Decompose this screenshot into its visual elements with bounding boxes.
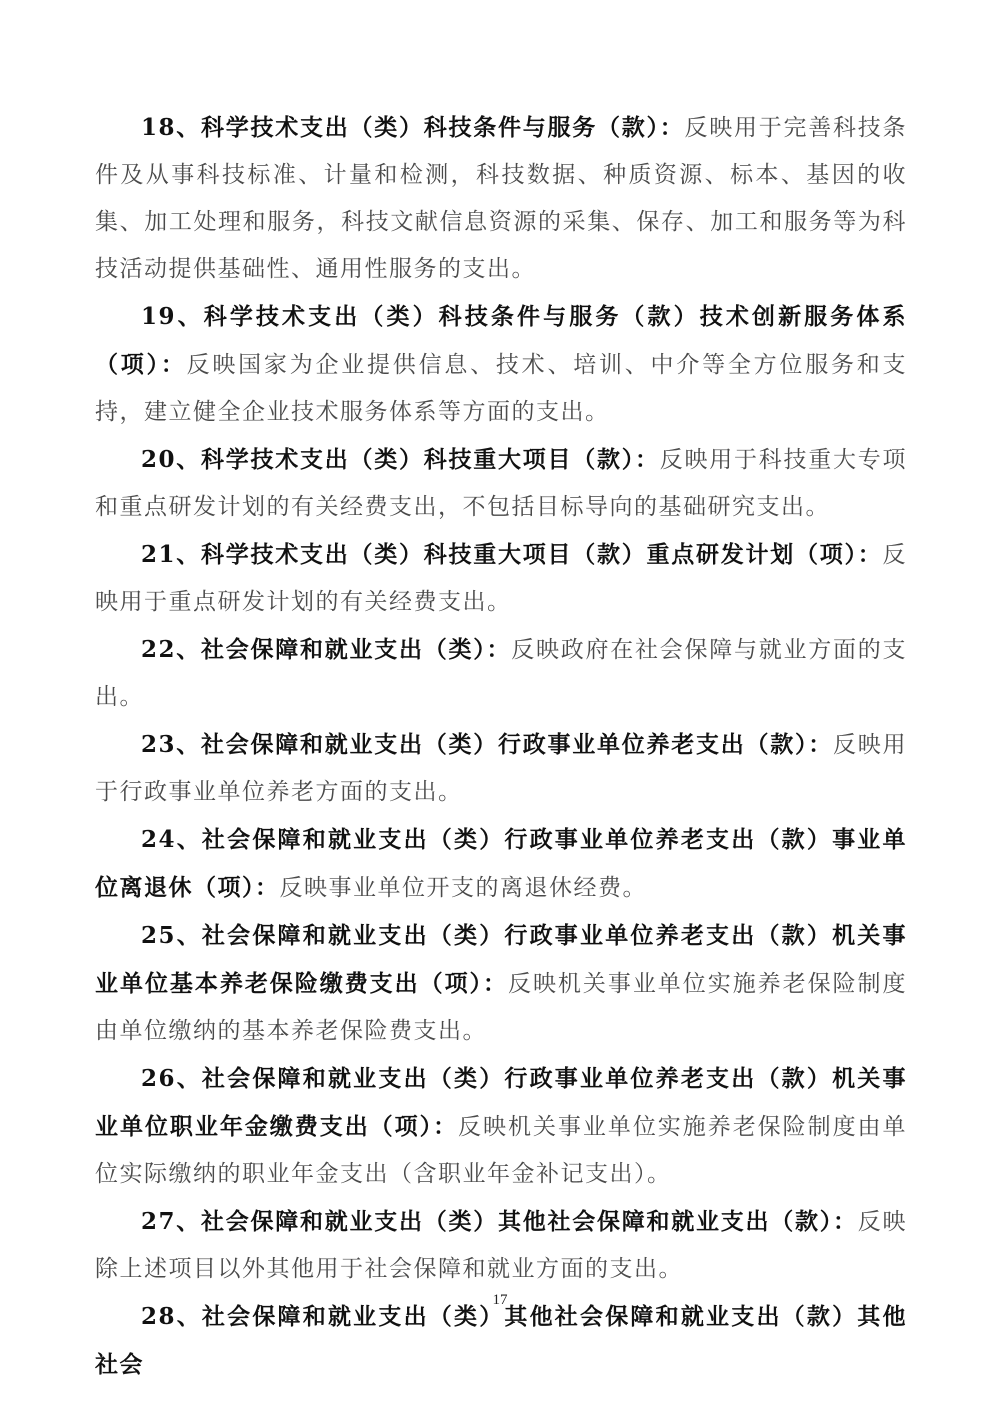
paragraph-23: 23、社会保障和就业支出（类）行政事业单位养老支出（款）：反映用于行政事业单位养…	[95, 721, 907, 816]
paragraph-26: 26、社会保障和就业支出（类）行政事业单位养老支出（款）机关事业单位职业年金缴费…	[95, 1055, 907, 1198]
paragraph-25: 25、社会保障和就业支出（类）行政事业单位养老支出（款）机关事业单位基本养老保险…	[95, 912, 907, 1055]
paragraph-heading: 18、科学技术支出（类）科技条件与服务（款）：	[141, 114, 685, 141]
paragraph-27: 27、社会保障和就业支出（类）其他社会保障和就业支出（款）：反映除上述项目以外其…	[95, 1198, 907, 1293]
paragraph-heading: 21、科学技术支出（类）科技重大项目（款）重点研发计划（项）：	[141, 541, 883, 568]
paragraph-heading: 23、社会保障和就业支出（类）行政事业单位养老支出（款）：	[141, 731, 833, 758]
paragraph-heading: 27、社会保障和就业支出（类）其他社会保障和就业支出（款）：	[141, 1208, 858, 1235]
document-page: 18、科学技术支出（类）科技条件与服务（款）：反映用于完善科技条件及从事科技标准…	[95, 104, 907, 1389]
paragraph-heading: 20、科学技术支出（类）科技重大项目（款）：	[141, 446, 660, 473]
page-number: 17	[0, 1292, 1000, 1309]
paragraph-text: 反映国家为企业提供信息、技术、培训、中介等全方位服务和支持，建立健全企业技术服务…	[95, 352, 907, 425]
paragraph-24: 24、社会保障和就业支出（类）行政事业单位养老支出（款）事业单位离退休（项）：反…	[95, 816, 907, 912]
paragraph-text: 反映事业单位开支的离退休经费。	[280, 875, 648, 901]
paragraph-18: 18、科学技术支出（类）科技条件与服务（款）：反映用于完善科技条件及从事科技标准…	[95, 104, 907, 293]
paragraph-22: 22、社会保障和就业支出（类）：反映政府在社会保障与就业方面的支出。	[95, 626, 907, 721]
paragraph-20: 20、科学技术支出（类）科技重大项目（款）：反映用于科技重大专项和重点研发计划的…	[95, 436, 907, 531]
paragraph-19: 19、科学技术支出（类）科技条件与服务（款）技术创新服务体系（项）：反映国家为企…	[95, 293, 907, 436]
paragraph-21: 21、科学技术支出（类）科技重大项目（款）重点研发计划（项）：反映用于重点研发计…	[95, 531, 907, 626]
paragraph-heading: 28、社会保障和就业支出（类）其他社会保障和就业支出（款）其他社会	[95, 1303, 907, 1378]
paragraph-heading: 22、社会保障和就业支出（类）：	[141, 636, 511, 663]
